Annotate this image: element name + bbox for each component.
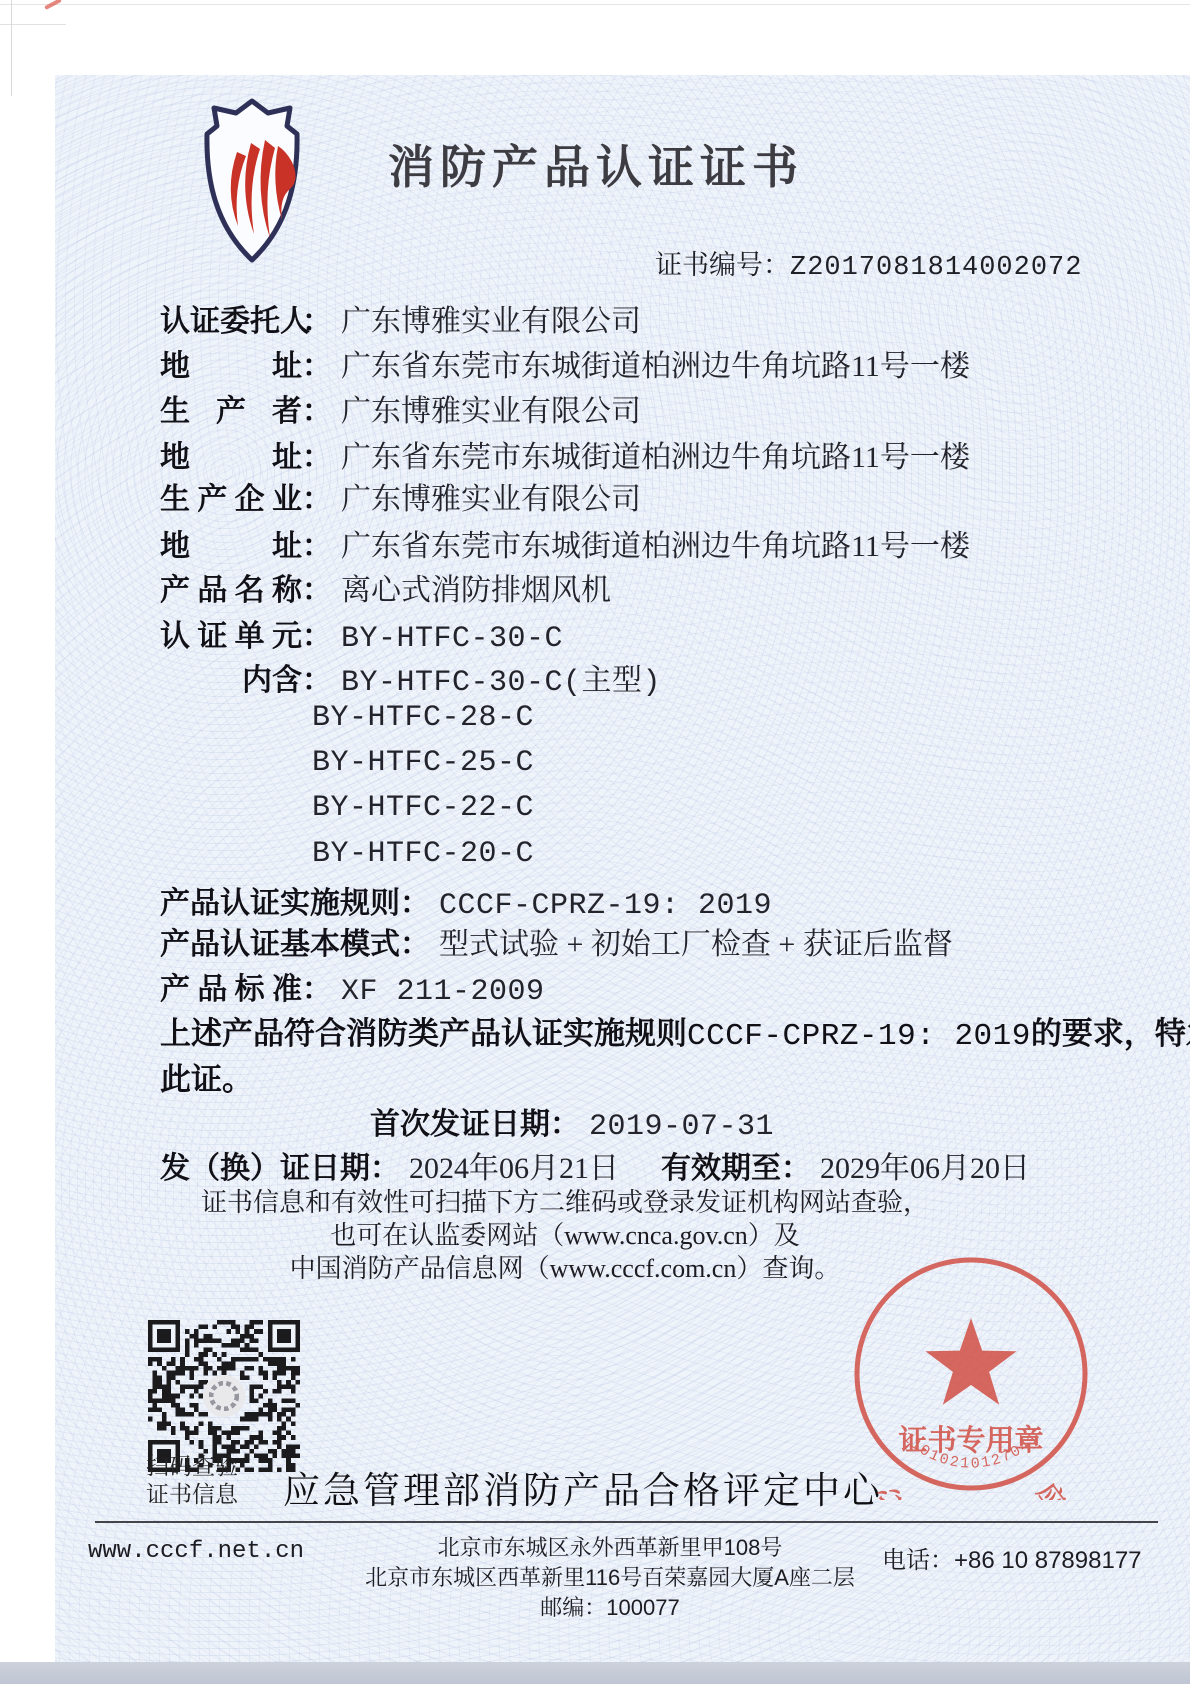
seal-star-icon [925, 1318, 1016, 1405]
shield-flame-logo-icon [193, 96, 311, 266]
scan-artifact-line [0, 4, 1190, 5]
field-value: 广东省东莞市东城街道柏洲边牛角坑路11号一楼 [341, 441, 970, 474]
field-label: 地址 [160, 341, 302, 385]
rule-row-mode: 产品认证基本模式：型式试验 + 初始工厂检查 + 获证后监督 [160, 919, 953, 963]
field-label: 内含 [160, 655, 302, 699]
field-row-included: 内含：BY-HTFC-30-C(主型) [160, 655, 661, 700]
field-label: 产品认证基本模式 [160, 919, 400, 963]
footer-phone: 电话：+86 10 87898177 [882, 1540, 1142, 1575]
verification-line: 证书信息和有效性可扫描下方二维码或登录发证机构网站查验， [150, 1186, 980, 1219]
qr-code [148, 1320, 300, 1472]
included-model: BY-HTFC-20-C [312, 837, 534, 871]
rule-row-implementation: 产品认证实施规则：CCCF-CPRZ-19: 2019 [160, 878, 772, 923]
first-issue-date-label: 首次发证日期 [370, 1108, 550, 1141]
field-value: CCCF-CPRZ-19: 2019 [439, 889, 772, 923]
valid-until-label: 有效期至 [661, 1152, 781, 1185]
reissue-date-row: 发（换）证日期：2024年06月21日有效期至：2029年06月20日 [160, 1143, 1030, 1187]
reissue-date-label: 发（换）证日期 [160, 1152, 370, 1185]
issuer-name: 应急管理部消防产品合格评定中心 [283, 1460, 883, 1514]
field-row-address3: 地址：广东省东莞市东城街道柏洲边牛角坑路11号一楼 [160, 521, 970, 565]
field-label: 产品认证实施规则 [160, 878, 400, 922]
field-row-cert-unit: 认证单元：BY-HTFC-30-C [160, 611, 563, 656]
field-value: 广东博雅实业有限公司 [341, 305, 641, 338]
statement-line2: 此证。 [160, 1054, 253, 1099]
certificate-number-label: 证书编号 [655, 250, 763, 280]
field-label: 产品标准 [160, 964, 302, 1008]
field-value: XF 211-2009 [341, 975, 545, 1009]
field-label: 地址 [160, 432, 302, 476]
field-value: 广东省东莞市东城街道柏洲边牛角坑路11号一楼 [341, 530, 970, 563]
first-issue-date-row: 首次发证日期：2019-07-31 [370, 1099, 774, 1144]
footer-address-line1: 北京市东城区永外西革新里甲108号 [330, 1533, 890, 1563]
certificate-number-value: Z2017081814002072 [790, 253, 1082, 283]
field-row-product-name: 产品名称：离心式消防排烟风机 [160, 565, 611, 609]
scan-artifact-line [0, 24, 66, 25]
reissue-date-value: 2024年06月21日 [409, 1152, 619, 1185]
certificate-seal: 应急管理部消防产品合格评定中心 证书专用章 11010210127041 [845, 1248, 1097, 1500]
field-value: 广东博雅实业有限公司 [341, 483, 641, 516]
certificate-title: 消防产品认证证书 [388, 131, 804, 197]
field-value: BY-HTFC-30-C [341, 622, 563, 656]
included-model: BY-HTFC-28-C [312, 701, 534, 735]
field-row-producer: 生产者：广东博雅实业有限公司 [160, 386, 641, 430]
field-value: BY-HTFC-30-C(主型) [341, 666, 661, 700]
field-row-address1: 地址：广东省东莞市东城街道柏洲边牛角坑路11号一楼 [160, 341, 970, 385]
qr-caption: 扫码查验 证书信息 [146, 1452, 238, 1508]
field-row-address2: 地址：广东省东莞市东城街道柏洲边牛角坑路11号一楼 [160, 432, 970, 476]
field-label: 地址 [160, 521, 302, 565]
field-row-manufacturer: 生产企业：广东博雅实业有限公司 [160, 474, 641, 518]
scan-bottom-shadow [0, 1662, 1190, 1684]
footer-postcode: 邮编：100077 [330, 1593, 890, 1623]
included-model: BY-HTFC-25-C [312, 746, 534, 780]
field-label: 认证单元 [160, 611, 302, 655]
scan-artifact-line [11, 0, 12, 96]
certificate-number-line: 证书编号：Z2017081814002072 [655, 243, 1082, 283]
included-model: BY-HTFC-22-C [312, 791, 534, 825]
field-value: 型式试验 + 初始工厂检查 + 获证后监督 [439, 928, 953, 961]
field-label: 认证委托人 [160, 296, 302, 340]
field-value: 广东省东莞市东城街道柏洲边牛角坑路11号一楼 [341, 350, 970, 383]
field-value: 离心式消防排烟风机 [341, 574, 611, 607]
rule-row-standard: 产品标准：XF 211-2009 [160, 964, 545, 1009]
field-label: 产品名称 [160, 565, 302, 609]
footer-divider [95, 1521, 1158, 1523]
valid-until-value: 2029年06月20日 [820, 1152, 1030, 1185]
footer-address-line2: 北京市东城区西革新里116号百荣嘉园大厦A座二层 [330, 1563, 890, 1593]
field-value: 广东博雅实业有限公司 [341, 395, 641, 428]
statement-line1: 上述产品符合消防类产品认证实施规则CCCF-CPRZ-19: 2019的要求，特… [160, 1008, 1190, 1054]
field-label: 生产者 [160, 386, 302, 430]
footer-website: www.cccf.net.cn [88, 1538, 304, 1565]
field-label: 生产企业 [160, 474, 302, 518]
first-issue-date-value: 2019-07-31 [589, 1110, 774, 1144]
field-row-applicant: 认证委托人：广东博雅实业有限公司 [160, 296, 641, 340]
footer-address: 北京市东城区永外西革新里甲108号 北京市东城区西革新里116号百荣嘉园大厦A座… [330, 1533, 890, 1623]
